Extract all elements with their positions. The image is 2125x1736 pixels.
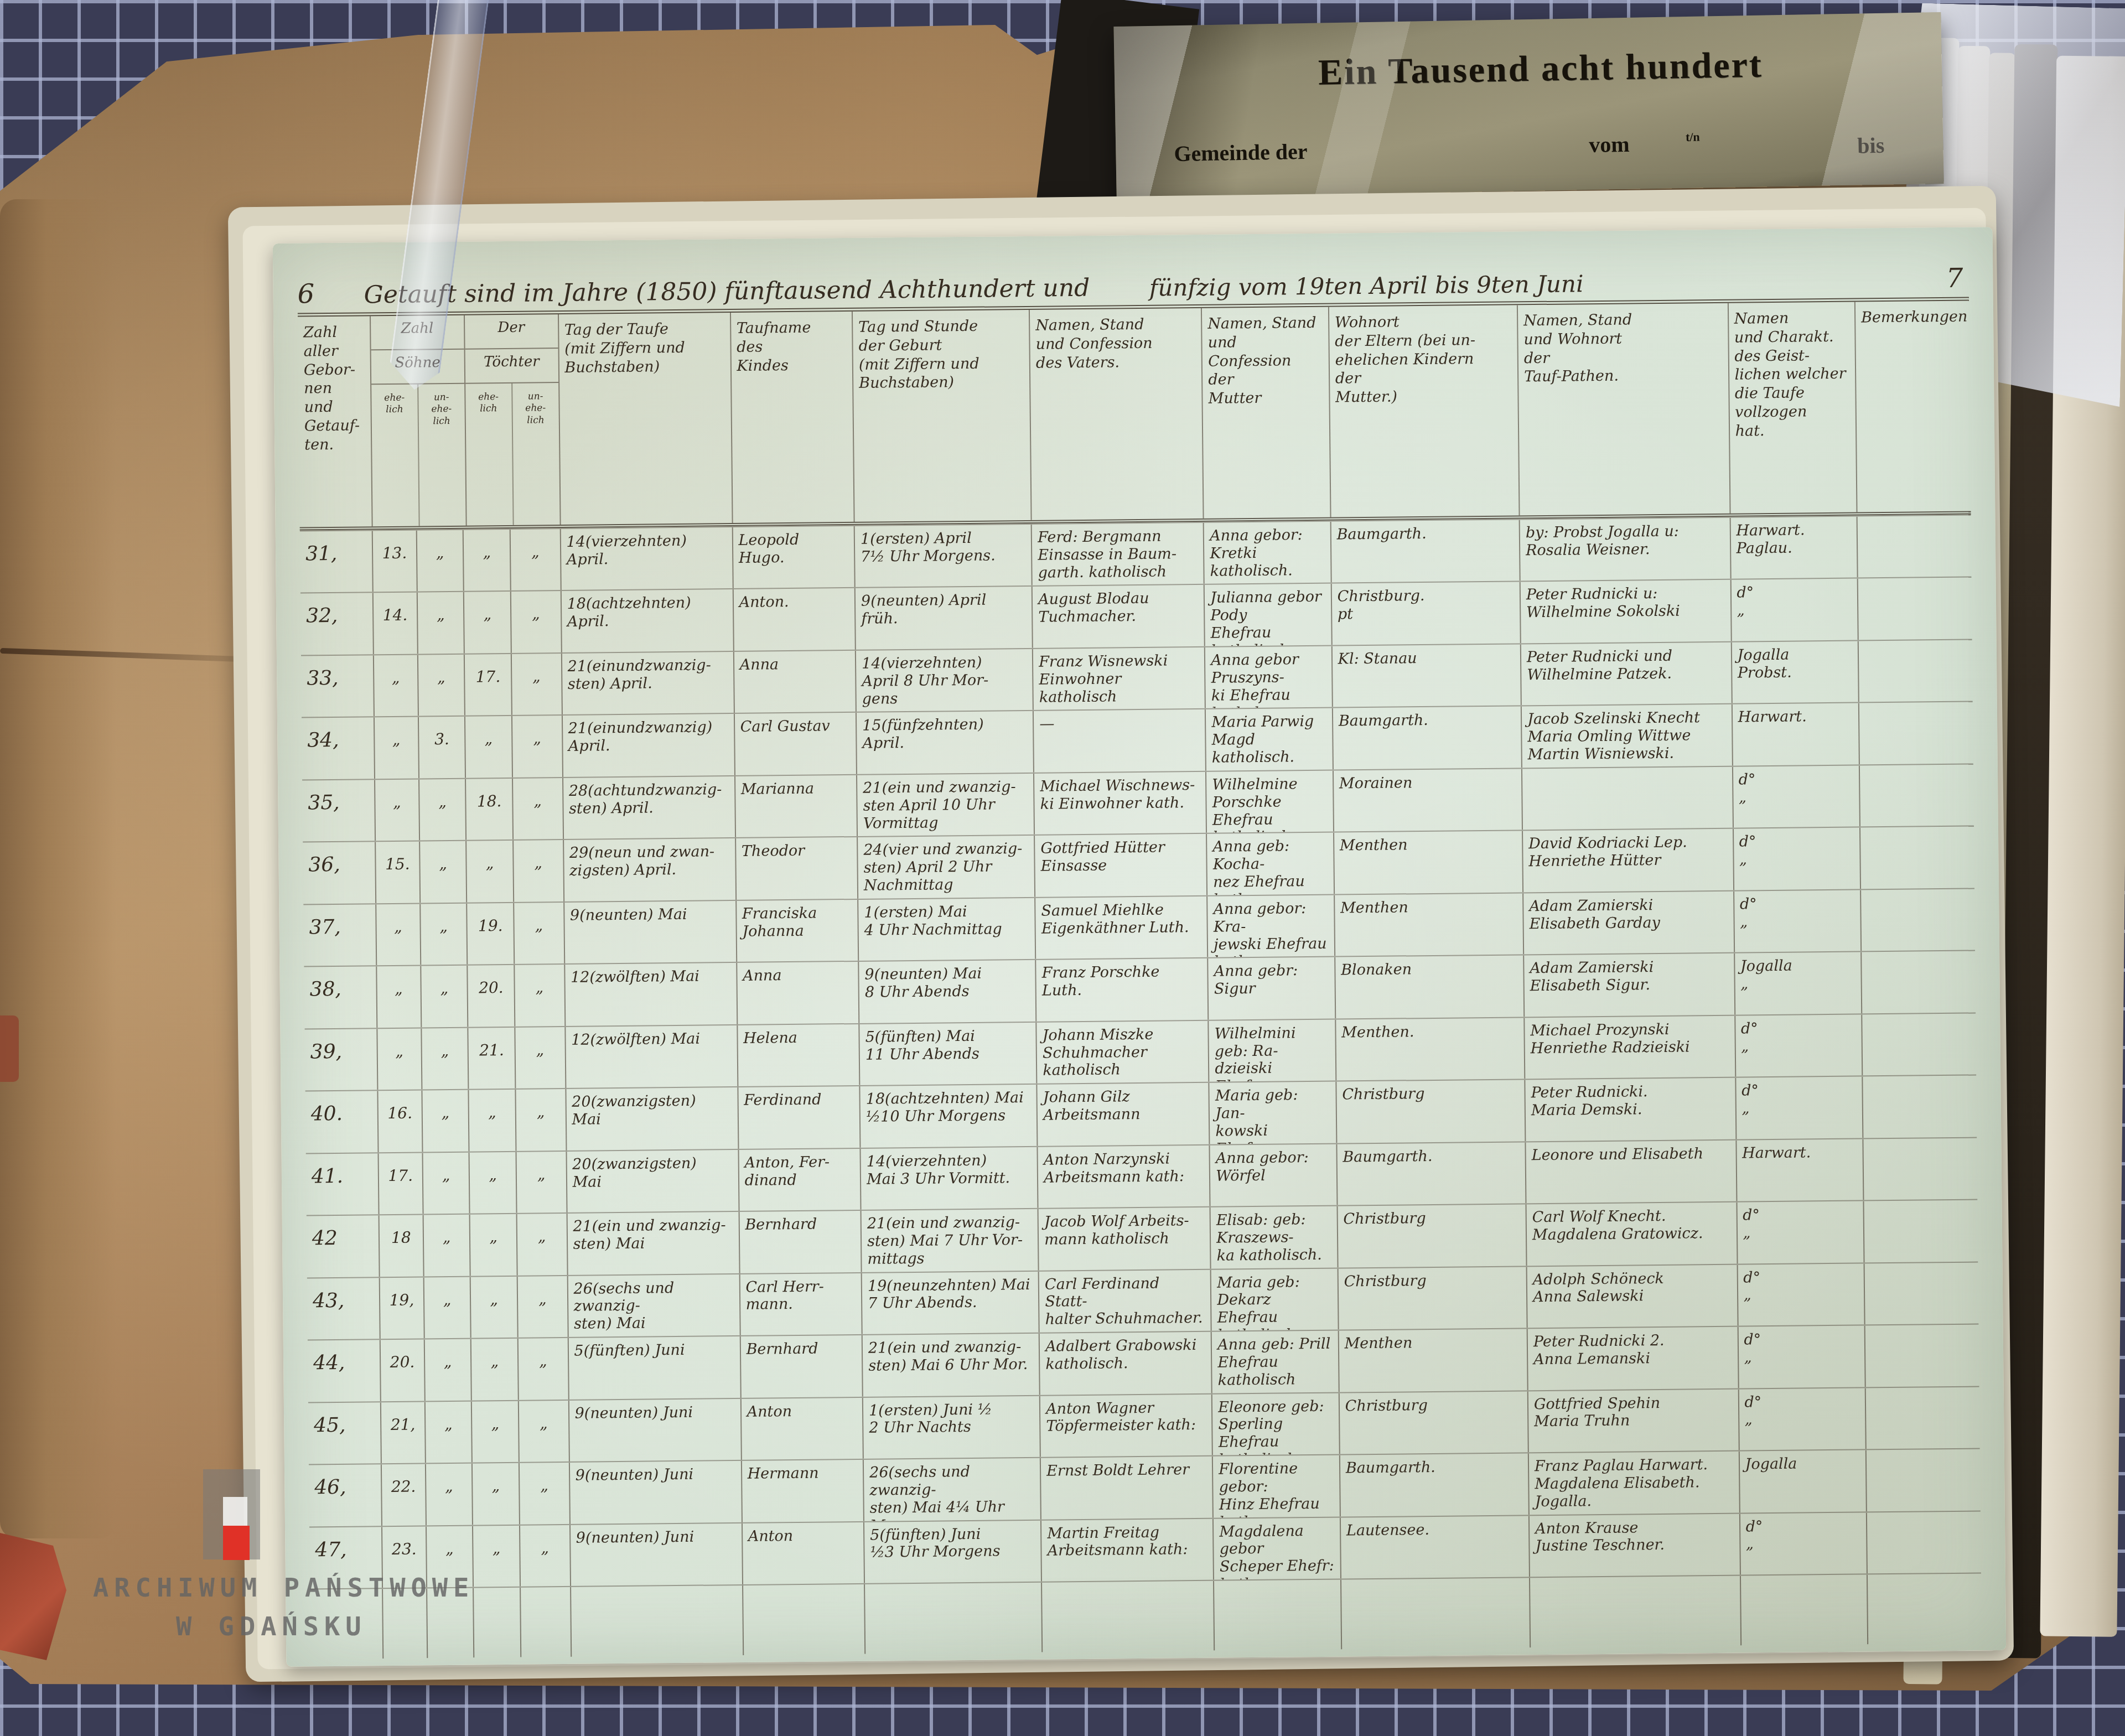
cell-father: August Blodau Tuchmacher. [1032, 585, 1204, 647]
cell-clergyman: Harwart. [1735, 1139, 1863, 1201]
cell-child-name: Anton [740, 1397, 863, 1460]
cell-child-name: Bernhard [739, 1335, 862, 1398]
cell-son-legitimate: „ [376, 1028, 421, 1090]
cell-godparents: Peter Rudnicki 2. Anna Lemanski [1527, 1327, 1738, 1390]
cell-son-legitimate: 19, [379, 1277, 424, 1339]
cover-tear-mark [0, 1015, 19, 1082]
cell-birth-day: 9(neunten) April früh. [854, 587, 1032, 650]
cell-mother: Elisab: geb: Kraszews- ka katholisch. [1210, 1206, 1338, 1269]
printed-bis-label: bis [1857, 132, 1885, 159]
cell-number: 39, [304, 1029, 377, 1091]
cell-baptism-day: 18(achtzehnten) April. [560, 590, 733, 652]
cell-godparents: David Kodriacki Lep. Henriethe Hütter [1522, 829, 1733, 892]
cell-godparents: Adam Zamierski Elisabeth Garday [1522, 892, 1734, 955]
cell-daughter-illegitimate: „ [518, 1401, 569, 1462]
cell-residence [1340, 1578, 1530, 1649]
cell-son-legitimate: 16. [377, 1091, 422, 1152]
header-daughters-group: Der Töchter ehe- lich un- ehe- lich [464, 314, 559, 526]
cell-father: Ernst Boldt Lehrer [1040, 1457, 1212, 1519]
cell-daughter-illegitimate: „ [512, 840, 563, 901]
cell-baptism-day: 9(neunten) Mai [563, 901, 736, 963]
cell-clergyman: d° „ [1730, 579, 1858, 641]
cell-son-illegitimate: „ [420, 966, 468, 1027]
cell-daughter-legitimate [473, 1588, 520, 1658]
page-number-right: 7 [1919, 263, 1969, 294]
header-daughters-illegitimate: un- ehe- lich [511, 383, 559, 525]
cell-baptism-day: 21(einundzwanzig- sten) April. [561, 652, 733, 714]
cell-residence: Baumgarth. [1332, 707, 1521, 770]
cell-godparents: Jacob Szelinski Knecht Maria Omling Witt… [1521, 704, 1732, 768]
cell-father: Johann Gilz Arbeitsmann [1036, 1083, 1209, 1146]
cell-godparents: Peter Rudnicki und Wilhelmine Patzek. [1520, 642, 1732, 706]
cell-son-legitimate: 15. [375, 842, 419, 903]
register-table: Zahl aller Gebor- nen und Getauf- ten. Z… [298, 297, 1982, 1660]
cell-daughter-legitimate: 21. [468, 1028, 515, 1089]
cell-son-illegitimate: „ [417, 592, 464, 654]
cell-clergyman: d° „ [1735, 1077, 1863, 1139]
cell-son-legitimate: 17. [377, 1153, 422, 1214]
cell-daughter-legitimate: 19. [467, 903, 514, 965]
cell-father: Johann Miszke Schuhmacher katholisch [1035, 1021, 1208, 1084]
cell-remarks [1867, 1573, 1982, 1644]
header-number: Zahl aller Gebor- nen und Getauf- ten. [298, 316, 372, 527]
cell-residence: Lautensee. [1340, 1516, 1529, 1579]
cell-daughter-illegitimate: „ [519, 1525, 570, 1586]
cell-baptism-day: 5(fünften) Juni [567, 1336, 740, 1399]
cell-daughter-legitimate: „ [472, 1525, 520, 1587]
cell-daughter-legitimate: „ [468, 1090, 516, 1151]
cell-son-illegitimate: „ [426, 1526, 473, 1587]
cell-son-legitimate: 18 [378, 1215, 423, 1277]
cell-godparents: Franz Paglau Harwart. Magdalena Elisabet… [1528, 1452, 1739, 1515]
page-title-left: Getauft sind im Jahre (1850) fünftausend… [364, 273, 1133, 309]
cell-daughter-illegitimate: „ [515, 1089, 566, 1151]
cell-father: Martin Freitag Arbeitsmann kath: [1040, 1519, 1213, 1581]
cell-number: 32, [300, 593, 373, 655]
cell-daughter-legitimate: „ [471, 1463, 519, 1525]
cell-baptism-day: 20(zwanzigsten) Mai [566, 1150, 738, 1212]
cell-godparents: Leonore und Elisabeth [1525, 1140, 1736, 1203]
cell-baptism-day: 14(vierzehnten) April. [559, 527, 732, 590]
cell-clergyman: d° „ [1733, 890, 1861, 952]
cell-birth-day: 21(ein und zwanzig- sten) Mai 7 Uhr Vor-… [861, 1209, 1038, 1272]
cell-number: 34, [302, 718, 374, 780]
cell-child-name: Marianna [734, 775, 857, 838]
cell-residence: Blonaken [1334, 956, 1523, 1019]
register-page: 6 Getauft sind im Jahre (1850) fünftause… [273, 227, 2007, 1667]
printed-gemeinde-label: Gemeinde der [1174, 138, 1308, 167]
header-sons-illegitimate: un- ehe- lich [417, 384, 465, 526]
cell-number: 42 [307, 1215, 379, 1277]
cell-son-legitimate: „ [374, 717, 418, 779]
cell-father: Carl Ferdinand Statt- halter Schuhmacher… [1038, 1269, 1211, 1332]
cell-birth-day: 5(fünften) Mai 11 Uhr Abends [858, 1023, 1036, 1086]
cell-mother: Julianna gebor Pody Ehefrau katholisch. [1204, 584, 1331, 646]
cell-residence: Baumgarth. [1336, 1142, 1525, 1205]
cell-mother: Anna gebor Pruszyns- ki Ehefrau kathol: [1204, 646, 1332, 709]
cell-child-name: Franciska Johanna [735, 900, 858, 962]
cell-residence: Kl: Stanau [1331, 644, 1521, 707]
header-birth-day: Tag und Stunde der Geburt (mit Ziffern u… [852, 310, 1031, 522]
cell-daughter-illegitimate [520, 1587, 571, 1657]
cell-remarks [1858, 640, 1973, 702]
cell-son-illegitimate: „ [422, 1215, 470, 1276]
cell-son-legitimate: „ [375, 904, 420, 965]
cell-clergyman: d° „ [1736, 1201, 1864, 1264]
cell-baptism-day: 29(neun und zwan- zigsten) April. [563, 838, 735, 901]
cell-child-name: Anna [736, 962, 859, 1024]
cell-daughter-illegitimate: „ [515, 1152, 566, 1213]
cell-son-illegitimate: „ [424, 1401, 472, 1463]
cell-son-legitimate [382, 1588, 427, 1659]
cell-father: Samuel Miehlke Eigenkäthner Luth. [1034, 896, 1207, 959]
cell-daughter-illegitimate: „ [514, 965, 564, 1026]
cell-son-illegitimate: „ [421, 1028, 468, 1089]
cell-residence: Christburg [1337, 1267, 1526, 1330]
cell-baptism-day: 12(zwölften) Mai [564, 1025, 737, 1088]
cell-mother: Maria Parwig Magd katholisch. [1205, 708, 1333, 771]
cell-remarks [1861, 1013, 1976, 1075]
cell-son-illegitimate: „ [423, 1277, 471, 1338]
cell-birth-day: 14(vierzehnten) Mai 3 Uhr Vormitt. [860, 1147, 1038, 1210]
cell-remarks [1864, 1262, 1979, 1324]
cell-godparents [1529, 1576, 1740, 1648]
cell-daughter-legitimate: „ [463, 530, 510, 591]
cell-daughter-illegitimate: „ [514, 1027, 565, 1089]
cell-daughter-legitimate: „ [466, 841, 514, 902]
cell-father: Jacob Wolf Arbeits- mann katholisch [1038, 1208, 1210, 1270]
cell-number: 41. [306, 1153, 379, 1215]
cell-birth-day: 24(vier und zwanzig- sten) April 2 Uhr N… [857, 836, 1034, 899]
cell-daughter-illegitimate: „ [513, 903, 564, 964]
cell-child-name: Theodor [735, 837, 858, 900]
cell-clergyman: d° „ [1738, 1388, 1865, 1450]
cover-torn-edge [0, 199, 116, 1538]
cell-son-legitimate: 21, [380, 1402, 425, 1463]
cell-number: 31, [300, 531, 372, 593]
cell-father [1041, 1581, 1214, 1652]
header-clergyman: Namen und Charakt. des Geist- lichen wel… [1727, 302, 1856, 514]
cell-son-legitimate: 20. [380, 1340, 424, 1401]
cell-daughter-illegitimate: „ [517, 1276, 568, 1338]
cell-mother: Eleonore geb: Sperling Ehefrau katholisc… [1211, 1393, 1339, 1455]
cell-baptism-day: 28(achtundzwanzig- sten) April. [562, 776, 735, 839]
printed-form-header: Ein Tausend acht hundert Gemeinde der vo… [1113, 12, 1943, 198]
cell-godparents: Adam Zamierski Elisabeth Sigur. [1523, 953, 1734, 1017]
cell-daughter-illegitimate: „ [516, 1214, 567, 1275]
cell-daughter-illegitimate: „ [517, 1338, 568, 1400]
cell-father: Franz Porschke Luth. [1035, 958, 1207, 1021]
cell-baptism-day: 9(neunten) Juni [568, 1461, 741, 1523]
cell-clergyman: d° „ [1732, 765, 1859, 828]
register-page-inner: 6 Getauft sind im Jahre (1850) fünftause… [273, 227, 2007, 1667]
cell-son-legitimate: 14. [372, 593, 417, 654]
cell-clergyman [1739, 1574, 1867, 1645]
cell-remarks [1862, 1076, 1977, 1138]
header-godparents: Namen, Stand und Wohnort der Tauf-Pathen… [1517, 303, 1729, 516]
cell-father: Adalbert Grabowski katholisch. [1039, 1332, 1211, 1395]
photo-of-register: Ein Tausend acht hundert Gemeinde der vo… [0, 0, 2125, 1736]
cell-son-illegitimate: „ [419, 903, 467, 965]
cell-remarks [1860, 951, 1976, 1013]
cell-birth-day: 21(ein und zwanzig- sten) Mai 6 Uhr Mor. [862, 1334, 1039, 1397]
cell-number: 45, [308, 1402, 381, 1464]
cell-clergyman: Jogalla „ [1734, 952, 1862, 1015]
cell-mother: Maria geb: Dekarz Ehefrau katholisch [1210, 1268, 1338, 1331]
cell-child-name: Helena [737, 1024, 859, 1087]
cell-remarks [1865, 1387, 1980, 1449]
cell-daughter-legitimate: „ [464, 716, 512, 778]
header-toechter: Töchter [465, 349, 558, 384]
cell-mother: Anna geb: Prill Ehefrau katholisch [1211, 1331, 1339, 1393]
page-title-right: fünfzig vom 19ten April bis 9ten Juni [1133, 267, 1919, 302]
cell-clergyman: d° „ [1737, 1263, 1864, 1326]
cell-birth-day: 21(ein und zwanzig- sten April 10 Uhr Vo… [856, 774, 1034, 837]
cell-birth-day: 5(fünften) Juni ½3 Uhr Morgens [863, 1520, 1041, 1583]
cell-child-name: Anna [733, 651, 856, 713]
cell-remarks [1860, 889, 1975, 951]
cell-mother: Anna gebor: Kra- jewski Ehefrau kath. [1206, 895, 1334, 957]
cell-baptism-day: 26(sechs und zwanzig- sten) Mai [567, 1274, 739, 1337]
cell-daughter-legitimate: 20. [467, 965, 515, 1027]
header-mother: Namen, Stand und Confession der Mutter [1201, 307, 1330, 519]
cell-father: — [1033, 709, 1205, 772]
cell-daughter-illegitimate: „ [511, 716, 562, 777]
cell-daughter-legitimate: „ [469, 1152, 516, 1214]
cell-godparents: Peter Rudnicki u: Wilhelmine Sokolski [1520, 580, 1731, 643]
cell-number: 36, [303, 842, 375, 904]
cell-godparents: Carl Wolf Knecht. Magdalena Gratowicz. [1525, 1203, 1737, 1266]
cell-godparents: Adolph Schöneck Anna Salewski [1526, 1265, 1738, 1328]
cell-father: Ferd: Bergmann Einsasse in Baum- garth. … [1031, 523, 1204, 585]
cell-daughter-legitimate: „ [469, 1214, 517, 1276]
cell-number: 38, [304, 967, 376, 1029]
cell-number: 43, [307, 1278, 380, 1340]
cell-residence: Baumgarth. [1339, 1453, 1528, 1516]
printed-title: Ein Tausend acht hundert [1236, 43, 1845, 95]
cell-daughter-legitimate: „ [471, 1401, 519, 1462]
cell-remarks [1862, 1138, 1977, 1200]
cell-remarks [1864, 1325, 1979, 1387]
cell-godparents [1521, 767, 1733, 830]
cell-birth-day: 1(ersten) Juni ½ 2 Uhr Nachts [862, 1396, 1040, 1459]
cell-residence: Menthen [1338, 1329, 1527, 1392]
cell-number: 46, [309, 1464, 381, 1526]
cell-child-name: Leopold Hugo. [732, 526, 854, 589]
cell-child-name: Anton [742, 1522, 864, 1584]
cell-baptism-day: 9(neunten) Juni [568, 1399, 740, 1462]
cell-remarks [1859, 827, 1974, 889]
cell-son-legitimate: „ [376, 966, 421, 1028]
cell-baptism-day: 9(neunten) Juni [569, 1523, 742, 1585]
cell-godparents: by: Probst Jogalla u: Rosalia Weisner. [1519, 518, 1730, 581]
table-body: 31, 13. „ „ „ 14(vierzehnten) April. Leo… [300, 515, 1982, 1660]
cell-number: 35, [302, 780, 375, 842]
cell-residence: Christburg. pt [1330, 582, 1520, 645]
cell-son-illegitimate: „ [416, 530, 464, 592]
cell-mother: Wilhelmini geb: Ra- dzieiski Ehefrau kat… [1208, 1019, 1336, 1082]
header-father: Namen, Stand und Confession des Vaters. [1029, 308, 1203, 520]
cell-godparents: Anton Krause Justine Teschner. [1528, 1514, 1740, 1577]
cell-mother: Wilhelmine Porschke Ehefrau katholisch [1205, 771, 1333, 833]
cell-birth-day: 19(neunzehnten) Mai 7 Uhr Abends. [861, 1271, 1039, 1334]
cell-daughter-illegitimate: „ [511, 654, 562, 715]
cell-baptism-day: 21(einundzwanzig) April. [562, 714, 734, 776]
cell-godparents: Peter Rudnicki. Maria Demski. [1524, 1078, 1735, 1141]
cell-son-illegitimate: „ [419, 841, 467, 903]
cell-residence: Morainen [1333, 769, 1522, 832]
cell-mother: Magdalena gebor Scheper Ehefr: kath. [1212, 1517, 1340, 1580]
cell-mother: Maria geb: Jan- kowski Ehefrau [1209, 1082, 1336, 1144]
page-number-left: 6 [297, 278, 364, 309]
cell-residence: Christburg [1336, 1204, 1526, 1267]
cell-number: 40. [305, 1091, 377, 1153]
cell-godparents: Michael Prozynski Henriethe Radzieiski [1523, 1015, 1735, 1079]
header-residence: Wohnort der Eltern (bei un- ehelichen Ki… [1328, 305, 1519, 517]
cell-child-name: Anton, Fer- dinand [738, 1149, 861, 1211]
cell-mother [1213, 1580, 1341, 1651]
cell-residence: Menthen [1334, 893, 1523, 956]
table-header: Zahl aller Gebor- nen und Getauf- ten. Z… [298, 301, 1971, 531]
cell-mother: Anna geb: Kocha- nez Ehefrau kath: [1206, 833, 1334, 895]
cell-father: Anton Narzynski Arbeitsmann kath: [1037, 1145, 1210, 1208]
cell-son-illegitimate: „ [417, 655, 465, 716]
cell-son-legitimate: 22. [381, 1464, 426, 1525]
cell-residence: Baumgarth. [1330, 520, 1519, 583]
cell-clergyman: d° „ [1733, 828, 1860, 890]
cell-remarks [1866, 1511, 1981, 1573]
cell-child-name: Carl Herr- mann. [739, 1273, 862, 1335]
cell-birth-day: 15(fünfzehnten) April. [856, 711, 1033, 774]
cell-son-illegitimate: „ [424, 1339, 471, 1401]
cell-clergyman: Harwart. [1731, 703, 1859, 766]
cell-birth-day: 26(sechs und zwanzig- sten) Mai 4¼ Uhr M… [863, 1458, 1040, 1521]
cell-son-legitimate: „ [373, 655, 418, 716]
header-baptism-day: Tag der Taufe (mit Ziffern und Buchstabe… [558, 313, 732, 525]
cell-clergyman: d° „ [1734, 1014, 1862, 1077]
header-sons-subcolumns: ehe- lich un- ehe- lich [371, 384, 465, 527]
printed-superscript: t/n [1686, 130, 1700, 144]
cell-son-illegitimate: „ [418, 779, 466, 841]
cell-number: 47, [309, 1527, 382, 1589]
cell-baptism-day [570, 1585, 743, 1657]
header-sons-legitimate: ehe- lich [371, 384, 418, 526]
cell-number: 37, [303, 904, 376, 966]
cell-father: Michael Wischnews- ki Einwohner kath. [1033, 772, 1206, 835]
cell-godparents: Gottfried Spehin Maria Truhn [1527, 1389, 1739, 1452]
cell-child-name: Anton. [732, 588, 855, 651]
cell-daughter-legitimate: „ [470, 1276, 517, 1338]
cell-remarks [1857, 516, 1972, 578]
cell-son-legitimate: 23. [381, 1526, 426, 1588]
cell-clergyman: d° „ [1739, 1512, 1867, 1575]
cell-child-name: Hermann [740, 1460, 863, 1522]
cell-son-illegitimate: „ [425, 1464, 473, 1525]
cell-birth-day: 14(vierzehnten) April 8 Uhr Mor- gens [855, 649, 1033, 712]
cell-residence: Christburg [1335, 1080, 1525, 1143]
cell-child-name: Bernhard [738, 1211, 861, 1273]
cell-father: Gottfried Hütter Einsasse [1034, 834, 1206, 896]
cell-clergyman: Harwart. Paglau. [1729, 517, 1857, 579]
cell-birth-day: 1(ersten) Mai 4 Uhr Nachmittag [857, 898, 1035, 961]
header-child-name: Taufname des Kindes [730, 312, 854, 523]
cell-child-name [742, 1584, 865, 1655]
cell-clergyman: d° „ [1737, 1326, 1865, 1388]
cell-residence: Christburg [1338, 1391, 1527, 1454]
cell-father: Franz Wisnewski Einwohner katholisch [1032, 647, 1205, 710]
header-der: Der [465, 314, 558, 350]
cell-birth-day: 1(ersten) April 7½ Uhr Morgens. [854, 525, 1032, 588]
cell-mother: Anna gebor: Kretki katholisch. [1203, 522, 1331, 584]
cell-son-illegitimate [426, 1588, 474, 1659]
cell-daughter-legitimate: 17. [464, 654, 511, 716]
cell-child-name: Carl Gustav [734, 713, 857, 775]
cell-son-legitimate: „ [374, 779, 419, 841]
printed-vom-label: vom [1589, 131, 1630, 158]
cell-number: 44, [308, 1340, 380, 1402]
cell-birth-day: 9(neunten) Mai 8 Uhr Abends [858, 960, 1035, 1023]
header-daughters-legitimate: ehe- lich [465, 384, 512, 526]
cell-son-illegitimate: „ [421, 1090, 469, 1152]
cell-father: Anton Wagner Töpfermeister kath: [1039, 1394, 1212, 1457]
cell-mother: Anna gebr: Sigur [1207, 957, 1335, 1020]
cell-baptism-day: 20(zwanzigsten) Mai [565, 1087, 738, 1150]
cell-number [310, 1589, 382, 1659]
cell-number: 33, [301, 655, 374, 717]
cell-daughter-illegitimate: „ [519, 1463, 569, 1524]
cell-daughter-illegitimate: „ [510, 529, 561, 590]
cell-residence: Menthen. [1335, 1018, 1524, 1081]
cell-birth-day [864, 1583, 1041, 1654]
cell-remarks [1863, 1200, 1978, 1262]
cell-remarks [1857, 578, 1972, 640]
cell-remarks [1859, 764, 1974, 826]
cell-remarks [1865, 1449, 1981, 1511]
cell-daughter-legitimate: „ [470, 1339, 518, 1400]
cell-baptism-day: 21(ein und zwanzig- sten) Mai [566, 1212, 739, 1274]
cell-mother: Anna gebor: Wörfel [1209, 1144, 1337, 1206]
cell-daughter-illegitimate: „ [510, 591, 561, 652]
cell-son-legitimate: 13. [372, 531, 417, 592]
cell-daughter-legitimate: 18. [465, 779, 512, 840]
cell-clergyman: Jogalla Probst. [1730, 641, 1858, 703]
cell-daughter-legitimate: „ [463, 592, 511, 653]
cell-clergyman: Jogalla [1738, 1450, 1866, 1512]
cell-birth-day: 18(achtzehnten) Mai ½10 Uhr Morgens [859, 1085, 1036, 1148]
cell-son-illegitimate: 3. [418, 717, 465, 778]
cell-remarks [1858, 702, 1973, 764]
cell-baptism-day: 12(zwölften) Mai [564, 963, 737, 1025]
cell-daughter-illegitimate: „ [512, 778, 563, 840]
header-remarks: Bemerkungen [1854, 301, 1971, 512]
cell-child-name: Ferdinand [737, 1086, 860, 1149]
header-daughters-subcolumns: ehe- lich un- ehe- lich [465, 383, 559, 526]
cell-son-illegitimate: „ [422, 1152, 469, 1214]
cell-mother: Florentine gebor: Hinz Ehefrau kath: [1212, 1455, 1340, 1518]
cell-residence: Menthen [1333, 831, 1522, 894]
